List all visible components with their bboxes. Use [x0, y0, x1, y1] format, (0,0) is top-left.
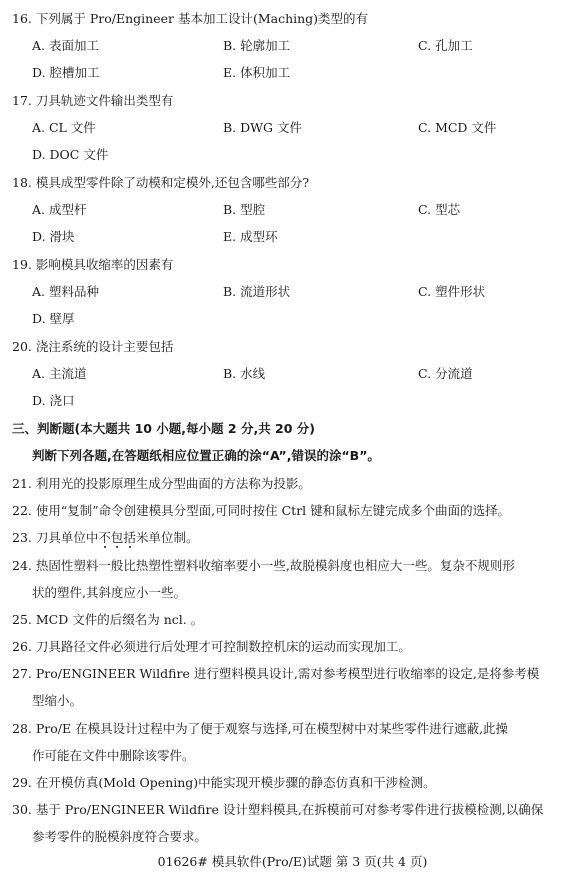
question-text: 刀具轨迹文件输出类型有 [36, 93, 174, 108]
emph-text: 不 [98, 530, 111, 545]
section-title: 三、判断题(本大题共 10 小题,每小题 2 分,共 20 分) [12, 419, 575, 439]
question-20: 20. 浇注系统的设计主要包括 [12, 337, 575, 357]
option-c: C. 塑件形状 [418, 282, 485, 302]
question-text: Pro/E 在模具设计过程中为了便于观察与选择,可在模型树中对某些零件进行遮蔽,… [36, 721, 508, 736]
question-text: 基于 Pro/ENGINEER Wildfire 设计塑料模具,在拆模前可对参考… [36, 802, 543, 817]
option-b: B. 轮廓加工 [223, 36, 290, 56]
question-16: 16. 下列属于 Pro/Engineer 基本加工设计(Maching)类型的… [12, 9, 575, 29]
option-b: B. 流道形状 [223, 282, 290, 302]
options-row: D. 浇口 [0, 391, 585, 411]
question-text: 热固性塑料一般比热塑性塑料收缩率要小一些,故脱模斜度也相应大一些。复杂不规则形 [36, 558, 515, 573]
question-21: 21. 利用光的投影原理生成分型曲面的方法称为投影。 [12, 474, 575, 494]
question-29: 29. 在开模仿真(Mold Opening)中能实现开模步骤的静态仿真和干涉检… [12, 773, 575, 793]
question-number: 27. [12, 666, 32, 681]
question-18: 18. 模具成型零件除了动模和定模外,还包含哪些部分? [12, 173, 575, 193]
option-d: D. 滑块 [32, 227, 75, 247]
question-text: 浇注系统的设计主要包括 [36, 339, 174, 354]
option-d: D. 腔槽加工 [32, 63, 100, 83]
section-instruction: 判断下列各题,在答题纸相应位置正确的涂“A”,错误的涂“B”。 [32, 446, 575, 466]
question-text: 下列属于 Pro/Engineer 基本加工设计(Maching)类型的有 [36, 11, 368, 26]
question-text: Pro/ENGINEER Wildfire 进行塑料模具设计,需对参考模型进行收… [36, 666, 539, 681]
question-30: 30. 基于 Pro/ENGINEER Wildfire 设计塑料模具,在拆模前… [12, 800, 575, 820]
question-text: 影响模具收缩率的因素有 [36, 257, 174, 272]
option-e: E. 体积加工 [223, 63, 290, 83]
option-a: A. 成型杆 [32, 200, 86, 220]
option-d: D. 浇口 [32, 391, 75, 411]
options-row: D. DOC 文件 [0, 145, 585, 165]
option-d: D. DOC 文件 [32, 145, 108, 165]
options-row: A. 成型杆 B. 型腔 C. 型芯 [0, 200, 585, 220]
question-text: 刀具路径文件必须进行后处理才可控制数控机床的运动而实现加工。 [36, 639, 411, 654]
question-number: 23. [12, 530, 32, 545]
question-number: 19. [12, 257, 32, 272]
question-text-pre: 刀具单位中 [36, 530, 99, 545]
exam-page: 16. 下列属于 Pro/Engineer 基本加工设计(Maching)类型的… [0, 0, 585, 885]
option-c: C. 分流道 [418, 364, 473, 384]
options-row: D. 腔槽加工 E. 体积加工 [0, 63, 585, 83]
question-text: 使用“复制”命令创建模具分型面,可同时按住 Ctrl 键和鼠标左键完成多个曲面的… [36, 503, 510, 518]
question-27: 27. Pro/ENGINEER Wildfire 进行塑料模具设计,需对参考模… [12, 664, 575, 684]
emphasis-dot-icon [104, 546, 106, 548]
options-row: D. 滑块 E. 成型环 [0, 227, 585, 247]
question-number: 20. [12, 339, 32, 354]
option-c: C. MCD 文件 [418, 118, 496, 138]
option-b: B. 水线 [223, 364, 265, 384]
options-row: A. CL 文件 B. DWG 文件 C. MCD 文件 [0, 118, 585, 138]
question-19: 19. 影响模具收缩率的因素有 [12, 255, 575, 275]
options-row: D. 壁厚 [0, 309, 585, 329]
question-text-post: 米单位制。 [136, 530, 199, 545]
option-c: C. 型芯 [418, 200, 460, 220]
option-a: A. 表面加工 [32, 36, 99, 56]
question-25: 25. MCD 文件的后缀名为 ncl. 。 [12, 610, 575, 630]
options-row: A. 主流道 B. 水线 C. 分流道 [0, 364, 585, 384]
option-b: B. DWG 文件 [223, 118, 302, 138]
question-number: 26. [12, 639, 32, 654]
page-footer: 01626# 模具软件(Pro/E)试题 第 3 页(共 4 页) [0, 852, 585, 872]
options-row: A. 表面加工 B. 轮廓加工 C. 孔加工 [0, 36, 585, 56]
question-number: 29. [12, 775, 32, 790]
question-number: 25. [12, 612, 32, 627]
question-30-continued: 参考零件的脱模斜度符合要求。 [32, 827, 575, 847]
question-number: 18. [12, 175, 32, 190]
question-26: 26. 刀具路径文件必须进行后处理才可控制数控机床的运动而实现加工。 [12, 637, 575, 657]
question-number: 24. [12, 558, 32, 573]
question-number: 22. [12, 503, 32, 518]
emphasized-char: 不 [98, 530, 111, 545]
question-number: 17. [12, 93, 32, 108]
question-number: 30. [12, 802, 32, 817]
emphasized-char: 包 [111, 530, 124, 545]
question-number: 21. [12, 476, 32, 491]
question-number: 16. [12, 11, 32, 26]
question-text: MCD 文件的后缀名为 ncl. 。 [36, 612, 203, 627]
question-text: 利用光的投影原理生成分型曲面的方法称为投影。 [36, 476, 311, 491]
option-e: E. 成型环 [223, 227, 278, 247]
question-24: 24. 热固性塑料一般比热塑性塑料收缩率要小一些,故脱模斜度也相应大一些。复杂不… [12, 556, 575, 576]
emphasis-dot-icon [129, 546, 131, 548]
question-23: 23. 刀具单位中不包括米单位制。 [12, 528, 575, 548]
emphasis-dot-icon [116, 546, 118, 548]
options-row: A. 塑料品种 B. 流道形状 C. 塑件形状 [0, 282, 585, 302]
option-d: D. 壁厚 [32, 309, 75, 329]
option-a: A. 主流道 [32, 364, 86, 384]
emphasized-char: 括 [123, 530, 136, 545]
option-c: C. 孔加工 [418, 36, 473, 56]
question-17: 17. 刀具轨迹文件输出类型有 [12, 91, 575, 111]
question-22: 22. 使用“复制”命令创建模具分型面,可同时按住 Ctrl 键和鼠标左键完成多… [12, 501, 575, 521]
option-a: A. CL 文件 [32, 118, 96, 138]
option-a: A. 塑料品种 [32, 282, 99, 302]
emph-text: 包 [111, 530, 124, 545]
question-24-continued: 状的塑件,其斜度应小一些。 [32, 583, 575, 603]
question-28-continued: 作可能在文件中删除该零件。 [32, 746, 575, 766]
question-text: 在开模仿真(Mold Opening)中能实现开模步骤的静态仿真和干涉检测。 [36, 775, 436, 790]
option-b: B. 型腔 [223, 200, 265, 220]
question-text: 模具成型零件除了动模和定模外,还包含哪些部分? [36, 175, 309, 190]
emph-text: 括 [123, 530, 136, 545]
question-28: 28. Pro/E 在模具设计过程中为了便于观察与选择,可在模型树中对某些零件进… [12, 719, 575, 739]
question-number: 28. [12, 721, 32, 736]
question-27-continued: 型缩小。 [32, 691, 575, 711]
